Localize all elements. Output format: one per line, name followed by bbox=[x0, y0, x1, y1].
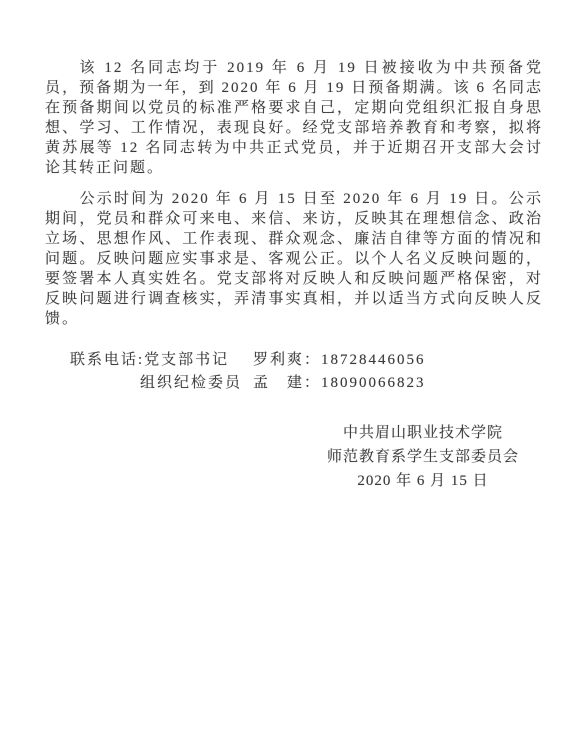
document-page: 该 12 名同志均于 2019 年 6 月 19 日被接收为中共预备党员，预备期… bbox=[0, 0, 588, 746]
contact-colon: ： bbox=[304, 375, 321, 391]
contact-block: 联系电话:党支部书记罗利爽：18728446056 组织纪检委员孟 建：1809… bbox=[45, 349, 543, 395]
contact-left-column: 联系电话:党支部书记 bbox=[70, 349, 253, 372]
signature-org-line1: 中共眉山职业技术学院 bbox=[325, 421, 521, 445]
contact-label: 联系电话: bbox=[70, 352, 144, 368]
signature-org-line2: 师范教育系学生支部委员会 bbox=[325, 445, 521, 469]
contact-phone-secretary: 18728446056 bbox=[321, 352, 426, 368]
contact-entry-secretary: 罗利爽：18728446056 bbox=[253, 349, 426, 372]
paragraph-probation-intro: 该 12 名同志均于 2019 年 6 月 19 日被接收为中共预备党员，预备期… bbox=[45, 58, 543, 178]
contact-role-discipline: 组织纪检委员 bbox=[140, 375, 242, 391]
document-body: 该 12 名同志均于 2019 年 6 月 19 日被接收为中共预备党员，预备期… bbox=[45, 58, 543, 493]
contact-phone-discipline: 18090066823 bbox=[321, 375, 426, 391]
contact-role-secretary: 党支部书记 bbox=[144, 352, 229, 368]
paragraph-publicity-notice: 公示时间为 2020 年 6 月 15 日至 2020 年 6 月 19 日。公… bbox=[45, 189, 543, 329]
contact-row-discipline: 组织纪检委员孟 建：18090066823 bbox=[70, 372, 543, 395]
contact-colon: ： bbox=[304, 352, 321, 368]
contact-row-secretary: 联系电话:党支部书记罗利爽：18728446056 bbox=[70, 349, 543, 372]
signature-block: 中共眉山职业技术学院 师范教育系学生支部委员会 2020 年 6 月 15 日 bbox=[325, 421, 521, 493]
contact-entry-discipline: 孟 建：18090066823 bbox=[253, 372, 426, 395]
signature-date: 2020 年 6 月 15 日 bbox=[325, 469, 521, 493]
contact-name-discipline: 孟 建 bbox=[253, 375, 304, 391]
contact-left-column: 组织纪检委员 bbox=[70, 372, 253, 395]
contact-name-secretary: 罗利爽 bbox=[253, 352, 304, 368]
